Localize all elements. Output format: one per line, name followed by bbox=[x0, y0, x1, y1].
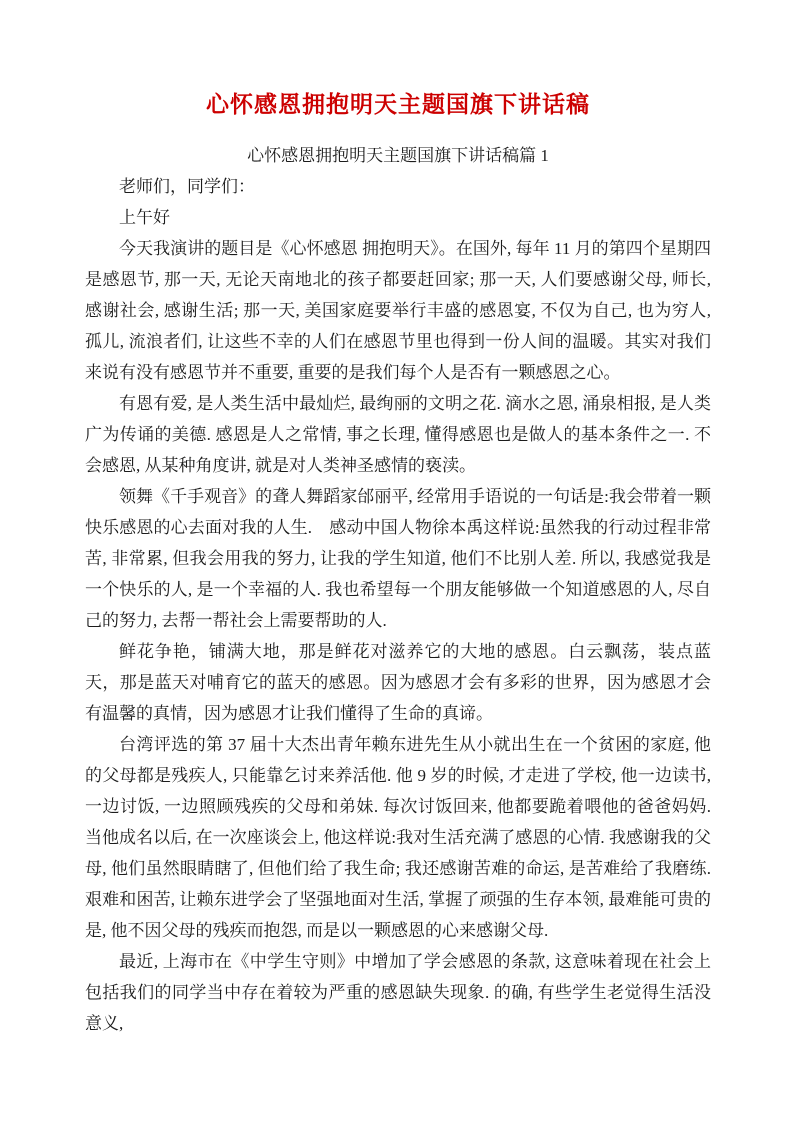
paragraph: 老师们，同学们： bbox=[85, 171, 711, 202]
page-title: 心怀感恩拥抱明天主题国旗下讲话稿 bbox=[85, 88, 711, 122]
paragraph: 最近, 上海市在《中学生守则》中增加了学会感恩的条款, 这意味着现在社会上包括我… bbox=[85, 946, 711, 1039]
paragraph: 上午好 bbox=[85, 202, 711, 233]
paragraph: 今天我演讲的题目是《心怀感恩 拥抱明天》。在国外, 每年 11 月的第四个星期四… bbox=[85, 233, 711, 388]
paragraph: 台湾评选的第 37 届十大杰出青年赖东进先生从小就出生在一个贫困的家庭, 他的父… bbox=[85, 729, 711, 946]
document-page: 心怀感恩拥抱明天主题国旗下讲话稿 心怀感恩拥抱明天主题国旗下讲话稿篇 1 老师们… bbox=[0, 0, 793, 1122]
document-body: 老师们，同学们：上午好今天我演讲的题目是《心怀感恩 拥抱明天》。在国外, 每年 … bbox=[85, 171, 711, 1039]
paragraph: 有恩有爱, 是人类生活中最灿烂, 最绚丽的文明之花. 滴水之恩, 涌泉相报, 是… bbox=[85, 388, 711, 481]
paragraph: 领舞《千手观音》的聋人舞蹈家邰丽平, 经常用手语说的一句话是:我会带着一颗快乐感… bbox=[85, 481, 711, 636]
paragraph: 鲜花争艳，铺满大地，那是鲜花对滋养它的大地的感恩。白云飘荡，装点蓝天，那是蓝天对… bbox=[85, 636, 711, 729]
page-subtitle: 心怀感恩拥抱明天主题国旗下讲话稿篇 1 bbox=[85, 140, 711, 171]
